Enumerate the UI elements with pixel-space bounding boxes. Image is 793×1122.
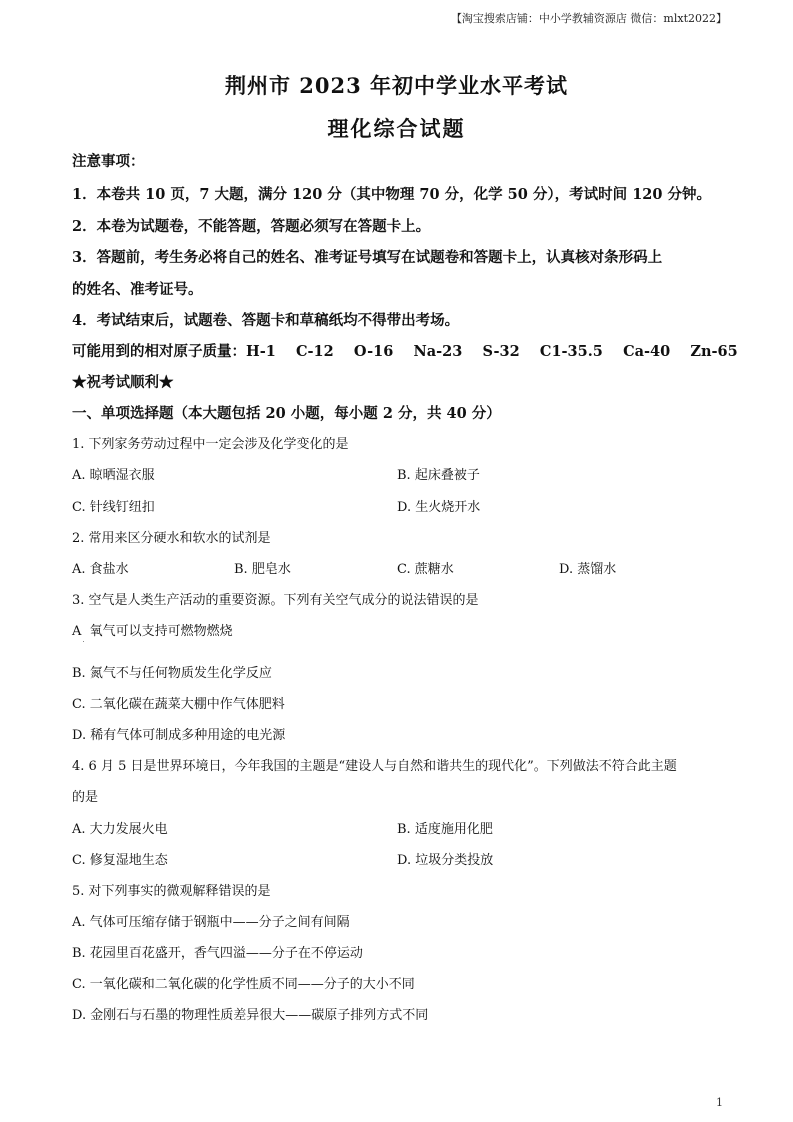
- question-5-option-c: C. 一氧化碳和二氧化碳的化学性质不同——分子的大小不同: [72, 973, 415, 992]
- question-4-option-b: B. 适度施用化肥: [397, 818, 493, 837]
- atomic-masses: 可能用到的相对原子质量：H-1 C-12 O-16 Na-23 S-32 C1-…: [72, 340, 738, 361]
- exam-subtitle: 理化综合试题: [0, 113, 793, 143]
- page-number: 1: [716, 1096, 723, 1109]
- notice-item-1: 1．本卷共 10 页，7 大题，满分 120 分（其中物理 70 分，化学 50…: [72, 183, 711, 204]
- exam-title: 荆州市 2023 年初中学业水平考试: [0, 70, 793, 100]
- question-4-stem: 4. 6 月 5 日是世界环境日，今年我国的主题是“建设人与自然和谐共生的现代化…: [72, 755, 677, 774]
- question-1-option-d: D. 生火烧开水: [397, 496, 480, 515]
- notice-item-4: 4．考试结束后，试题卷、答题卡和草稿纸均不得带出考场。: [72, 309, 459, 330]
- notice-item-3: 3．答题前，考生务必将自己的姓名、准考证号填写在试题卷和答题卡上，认真核对条形码…: [72, 246, 662, 267]
- question-1-stem: 1. 下列家务劳动过程中一定会涉及化学变化的是: [72, 433, 349, 452]
- question-4-option-d: D. 垃圾分类投放: [397, 849, 493, 868]
- question-2-option-d: D. 蒸馏水: [559, 558, 616, 577]
- notice-item-2: 2．本卷为试题卷，不能答题，答题必须写在答题卡上。: [72, 215, 430, 236]
- question-2-option-c: C. 蔗糖水: [397, 558, 454, 577]
- question-1-option-c: C. 针线钉纽扣: [72, 496, 155, 515]
- question-3-option-c: C. 二氧化碳在蔬菜大棚中作气体肥料: [72, 693, 285, 712]
- question-5-stem: 5. 对下列事实的微观解释错误的是: [72, 880, 271, 899]
- question-4-option-a: A. 大力发展火电: [72, 818, 168, 837]
- question-4-option-c: C. 修复湿地生态: [72, 849, 168, 868]
- question-2-option-a: A. 食盐水: [72, 558, 129, 577]
- question-3-option-d: D. 稀有气体可制成多种用途的电光源: [72, 724, 285, 743]
- question-2-option-b: B. 肥皂水: [234, 558, 291, 577]
- question-1-option-b: B. 起床叠被子: [397, 464, 480, 483]
- question-5-option-d: D. 金刚石与石墨的物理性质差异很大——碳原子排列方式不同: [72, 1004, 428, 1023]
- question-3-option-a: A 氧气可以支持可燃物燃烧: [72, 620, 233, 639]
- good-luck-wish: ★祝考试顺利★: [72, 371, 174, 392]
- question-4-stem-cont: 的是: [72, 786, 98, 805]
- question-1-option-a: A. 晾晒湿衣服: [72, 464, 155, 483]
- notice-item-3-cont: 的姓名、准考证号。: [72, 278, 203, 299]
- question-2-stem: 2. 常用来区分硬水和软水的试剂是: [72, 527, 271, 546]
- question-5-option-b: B. 花园里百花盛开，香气四溢——分子在不停运动: [72, 942, 363, 961]
- question-5-option-a: A. 气体可压缩存储于钢瓶中——分子之间有间隔: [72, 911, 350, 930]
- question-3-stem: 3. 空气是人类生产活动的重要资源。下列有关空气成分的说法错误的是: [72, 589, 479, 608]
- section-heading: 一、单项选择题（本大题包括 20 小题，每小题 2 分，共 40 分）: [72, 402, 501, 423]
- header-watermark-note: 【淘宝搜索店铺：中小学教辅资源店 微信：mlxt2022】: [451, 10, 727, 26]
- stray-dot: [83, 641, 84, 642]
- notice-heading: 注意事项：: [72, 150, 145, 171]
- question-3-option-b: B. 氮气不与任何物质发生化学反应: [72, 662, 272, 681]
